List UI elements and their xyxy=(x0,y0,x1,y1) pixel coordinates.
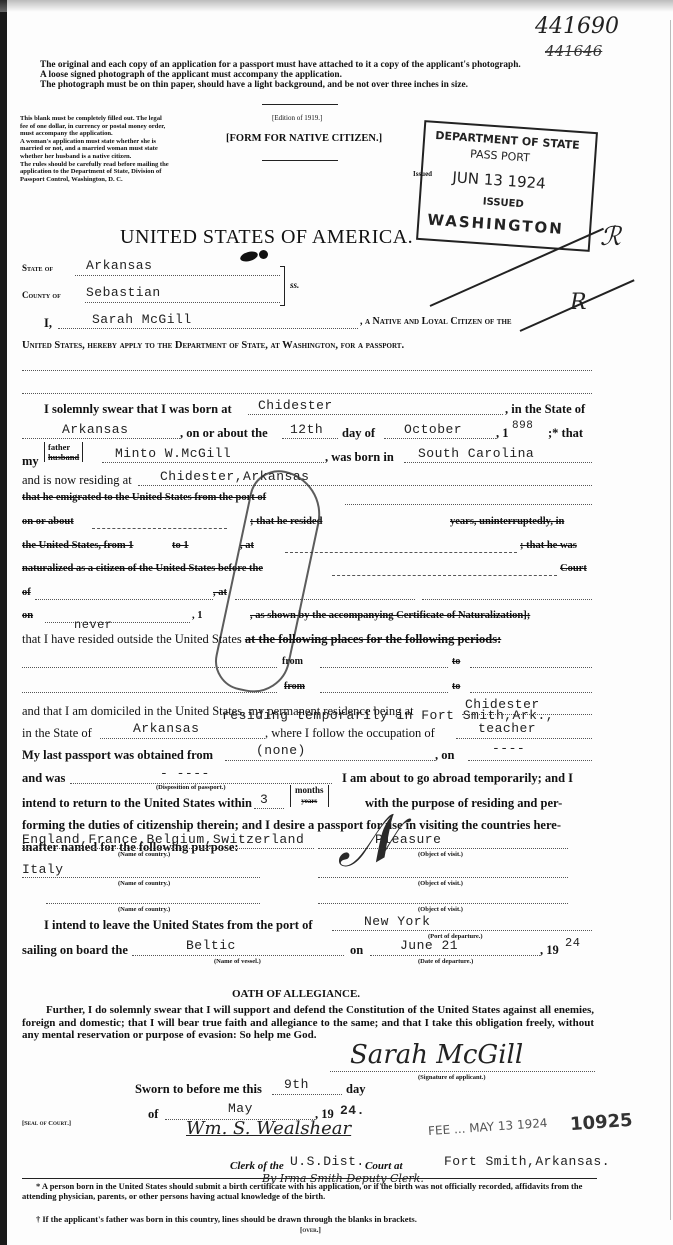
ink-blot xyxy=(259,250,268,259)
applicant-name[interactable]: Sarah McGill xyxy=(92,312,192,327)
birth-text: I solemnly swear that I was born at xyxy=(44,402,232,417)
instruction-line: The original and each copy of an applica… xyxy=(40,60,521,70)
struck-text: that he emigrated to the United States f… xyxy=(22,492,266,503)
side-note: This blank must be completely filled out… xyxy=(20,115,170,138)
vessel-name[interactable]: Beltic xyxy=(186,938,236,953)
destination-country[interactable]: England,France,Belgium,Switzerland xyxy=(22,832,304,847)
field-caption: (Object of visit.) xyxy=(418,880,463,887)
stamp-line: ISSUED xyxy=(482,196,524,210)
ss-label: ss. xyxy=(290,280,299,290)
field-caption: (Name of vessel.) xyxy=(214,958,261,965)
received-stamp: FEE ... MAY 13 1924 xyxy=(428,1116,548,1138)
domicile-state-value[interactable]: Arkansas xyxy=(133,721,199,736)
photo-instructions: The original and each copy of an applica… xyxy=(40,60,521,90)
unit-bracket: months years xyxy=(290,785,329,807)
text: forming the duties of citizenship therei… xyxy=(22,818,561,833)
struck-text: Court xyxy=(560,563,587,574)
issued-label: Issued xyxy=(413,170,432,178)
text: I am about to go abroad temporarily; and… xyxy=(342,771,573,786)
father-name-value[interactable]: Minto W.McGill xyxy=(115,446,231,461)
state-label: State of xyxy=(22,263,53,273)
field-line xyxy=(132,955,344,956)
text: on xyxy=(350,943,363,958)
handwritten-initials: 𝒩 xyxy=(330,801,401,883)
text: Sworn to before me this xyxy=(135,1082,262,1097)
text: , 19 xyxy=(540,943,559,958)
departure-date[interactable]: June 21 xyxy=(400,938,458,953)
sworn-year[interactable]: 24. xyxy=(340,1103,365,1118)
field-line xyxy=(138,485,592,486)
county-field-line xyxy=(85,302,280,303)
to-label: to xyxy=(452,681,460,692)
field-line xyxy=(22,438,180,439)
relation-father: father xyxy=(48,442,79,452)
text: , was born in xyxy=(325,450,394,465)
inserted-never[interactable]: never xyxy=(74,618,113,632)
departure-port[interactable]: New York xyxy=(364,914,430,929)
disposition-value[interactable]: - ---- xyxy=(160,766,210,781)
oath-title: OATH OF ALLEGIANCE. xyxy=(232,988,360,1000)
last-passport-from[interactable]: (none) xyxy=(256,743,306,758)
relation-husband: husband xyxy=(48,452,79,462)
field-line xyxy=(468,760,592,761)
field-line xyxy=(46,903,260,904)
field-line xyxy=(102,462,324,463)
bracket xyxy=(280,266,285,306)
field-line xyxy=(100,738,265,739)
field-caption: (Signature of applicant.) xyxy=(418,1074,486,1081)
unit-months: months xyxy=(295,785,324,796)
struck-text: , 1 xyxy=(192,610,203,621)
blank-line xyxy=(22,370,592,371)
field-line xyxy=(248,414,503,415)
occupation-value[interactable]: teacher xyxy=(478,721,536,736)
ink-blot xyxy=(239,250,259,263)
blank-line xyxy=(22,393,592,394)
form-type: [FORM FOR NATIVE CITIZEN.] xyxy=(226,133,382,144)
text: day of xyxy=(342,426,375,441)
to-label: to xyxy=(452,656,460,667)
birth-day-value[interactable]: 12th xyxy=(290,422,323,437)
text: in the State of xyxy=(22,726,92,741)
from-label: from xyxy=(282,656,303,667)
text: , on or about the xyxy=(180,426,268,441)
text: My last passport was obtained from xyxy=(22,748,213,763)
field-line xyxy=(318,903,568,904)
oath-text: Further, I do solemnly swear that I will… xyxy=(22,1004,594,1042)
name-line xyxy=(58,328,358,329)
field-line xyxy=(370,955,540,956)
text: resided outside the United States xyxy=(78,632,242,646)
field-line xyxy=(22,667,277,668)
text: , in the State of xyxy=(505,402,585,417)
residence-text: that I have resided outside the United S… xyxy=(22,632,501,647)
struck-text: of xyxy=(22,587,31,598)
field-line xyxy=(282,438,338,439)
field-line xyxy=(254,808,284,809)
text: intend to return to the United States wi… xyxy=(22,796,252,811)
unit-years: years xyxy=(295,796,324,807)
native-text: , a Native and Loyal Citizen of the xyxy=(360,316,512,327)
text: , where I follow the occupation of xyxy=(265,726,435,741)
state-field-line xyxy=(75,275,280,276)
relation-bracket: father husband xyxy=(44,442,83,462)
sworn-month[interactable]: May xyxy=(228,1101,253,1116)
field-line xyxy=(422,599,592,600)
struck-text: naturalized as a citizen of the United S… xyxy=(22,563,263,574)
text: my xyxy=(22,454,39,469)
return-value[interactable]: 3 xyxy=(260,792,268,807)
struck-text: on xyxy=(22,610,33,621)
field-line xyxy=(332,575,557,576)
text: , on xyxy=(435,748,454,763)
field-line xyxy=(92,528,227,529)
destination-country[interactable]: Italy xyxy=(22,862,64,877)
stamp-line: WASHINGTON xyxy=(427,211,564,238)
field-caption: (Object of visit.) xyxy=(418,906,463,913)
field-line xyxy=(320,692,448,693)
field-line xyxy=(404,462,592,463)
footnote: † If the applicant's father was born in … xyxy=(36,1214,417,1224)
field-line xyxy=(22,877,260,878)
text: Court at xyxy=(365,1160,403,1172)
instruction-line: A loose signed photograph of the applica… xyxy=(40,70,521,80)
intro-text: I, xyxy=(44,316,52,331)
applicant-signature: Sarah McGill xyxy=(350,1040,523,1070)
text: Clerk of the xyxy=(230,1160,284,1172)
field-line xyxy=(320,667,448,668)
stamp-date: JUN 13 1924 xyxy=(452,168,546,192)
field-line xyxy=(225,760,435,761)
text: sailing on board the xyxy=(22,943,128,958)
field-line xyxy=(384,438,496,439)
father-birthplace-value[interactable]: South Carolina xyxy=(418,446,534,461)
file-number: 441690 xyxy=(535,14,619,39)
apply-text: United States, hereby apply to the Depar… xyxy=(22,340,404,351)
document-title: UNITED STATES OF AMERICA. xyxy=(120,226,413,249)
birth-state-value[interactable]: Arkansas xyxy=(62,422,128,437)
footnote: * A person born in the United States sho… xyxy=(22,1182,594,1201)
field-caption: (Disposition of passport.) xyxy=(156,784,226,791)
stamp-line: DEPARTMENT OF STATE xyxy=(435,129,580,152)
handwritten-mark: R xyxy=(570,290,587,315)
over-label: [over.] xyxy=(300,1226,321,1234)
divider xyxy=(262,160,338,161)
side-note: A woman's application must state whether… xyxy=(20,138,170,161)
struck-text: at the following places for the followin… xyxy=(245,632,501,646)
divider xyxy=(22,1178,597,1179)
passport-issued-stamp: DEPARTMENT OF STATE PASS PORT JUN 13 192… xyxy=(416,120,598,252)
struck-text: , at xyxy=(213,587,227,598)
struck-text: the United States, from 1 xyxy=(22,540,134,551)
field-line xyxy=(45,622,190,623)
text: that I have xyxy=(22,632,75,646)
text: and is now residing at xyxy=(22,473,132,488)
field-line xyxy=(272,1094,342,1095)
text: I intend to leave the United States from… xyxy=(44,918,313,933)
sworn-day[interactable]: 9th xyxy=(284,1077,309,1092)
clerk-signature: Wm. S. Wealshear xyxy=(186,1118,351,1139)
text: , 1 xyxy=(496,426,509,441)
court-name[interactable]: U.S.Dist. xyxy=(290,1154,365,1169)
edition-label: [Edition of 1919.] xyxy=(272,114,322,122)
scan-shadow xyxy=(0,0,673,12)
field-line xyxy=(285,552,517,553)
struck-text: years, uninterruptedly, in xyxy=(450,516,564,527)
scan-edge xyxy=(0,0,7,1245)
departure-year[interactable]: 24 xyxy=(565,936,580,950)
county-label: County of xyxy=(22,290,61,300)
seal-label: [Seal of Court.] xyxy=(22,1120,71,1127)
text: day xyxy=(346,1082,365,1097)
from-label: from xyxy=(284,681,305,692)
text: and was xyxy=(22,771,65,786)
text: of xyxy=(148,1107,158,1122)
field-line xyxy=(332,930,592,931)
field-caption: (Object of visit.) xyxy=(418,851,463,858)
field-caption: (Date of departure.) xyxy=(418,958,473,965)
field-caption: (Name of country.) xyxy=(118,880,170,887)
text: with the purpose of residing and per- xyxy=(365,796,562,811)
side-note: The rules should be carefully read befor… xyxy=(20,161,170,184)
field-caption: (Name of country.) xyxy=(118,851,170,858)
last-passport-on[interactable]: ---- xyxy=(492,741,525,756)
birthplace-value[interactable]: Chidester xyxy=(258,398,333,413)
struck-text: on or about xyxy=(22,516,74,527)
field-line xyxy=(470,667,592,668)
struck-text: to 1 xyxy=(172,540,189,551)
field-caption: (Name of country.) xyxy=(118,906,170,913)
field-line xyxy=(345,504,592,505)
birth-year-value[interactable]: 898 xyxy=(512,420,533,432)
instruction-line: The photograph must be on thin paper, sh… xyxy=(40,80,521,90)
handwritten-mark: ℛ xyxy=(600,222,621,252)
scan-right-edge xyxy=(670,20,671,1220)
application-number: 10925 xyxy=(569,1110,633,1135)
struck-text: ; that he was xyxy=(520,540,577,551)
birth-month-value[interactable]: October xyxy=(404,422,462,437)
state-value[interactable]: Arkansas xyxy=(86,258,152,273)
field-line xyxy=(456,738,592,739)
field-line xyxy=(22,692,277,693)
field-line xyxy=(35,599,213,600)
side-notes: This blank must be completely filled out… xyxy=(20,115,170,183)
divider xyxy=(262,104,338,105)
text: ;* that xyxy=(548,426,583,441)
file-number-struck: 441646 xyxy=(545,42,602,60)
stamp-line: PASS PORT xyxy=(470,147,531,164)
county-value[interactable]: Sebastian xyxy=(86,285,161,300)
passport-application-page: 441690 441646 The original and each copy… xyxy=(0,0,673,1245)
field-line xyxy=(470,692,592,693)
field-line xyxy=(22,848,314,849)
court-location[interactable]: Fort Smith,Arkansas. xyxy=(444,1154,610,1169)
field-line xyxy=(330,1071,595,1072)
